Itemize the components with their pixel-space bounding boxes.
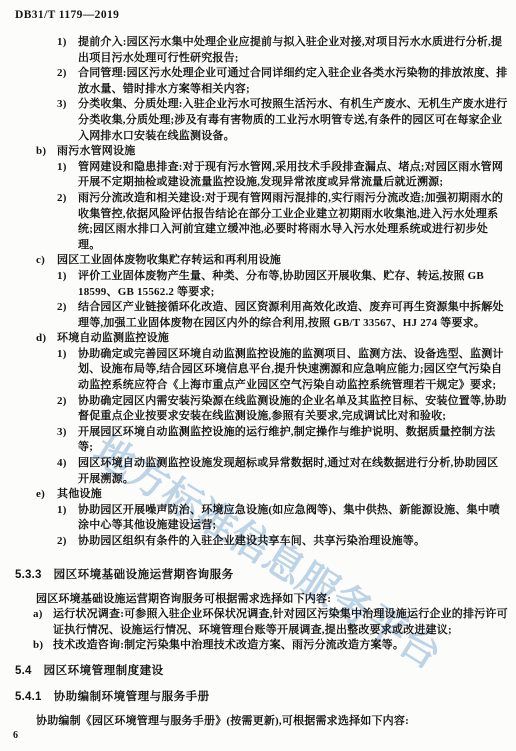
heading-number: 5.4 [15,665,32,677]
heading-title: 园区环境管理制度建设 [44,665,164,677]
group-title: 雨污水管网设施 [57,145,135,157]
item-text: 开展园区环境自动监测监控设施的运行维护,制定操作与维护说明、数据质量控制方法等; [78,426,495,454]
document-code: DB31/T 1179—2019 [15,8,119,24]
item-marker: 2) [57,300,67,316]
item-text: 雨污分流改造和相关建设:对于现有管网雨污混排的,实行雨污分流改造;加强初期雨水的… [78,192,503,251]
heading-number: 5.3.3 [15,569,42,581]
item-marker: 1) [57,160,67,176]
list-item-group-d: d) 环境自动监测监控设施 [15,331,508,347]
heading-title: 园区环境基础设施运营期咨询服务 [54,569,234,581]
item-marker: b) [36,144,46,160]
subsection-heading-533: 5.3.3园区环境基础设施运营期咨询服务 [15,567,508,583]
item-text: 合同管理:园区污水处理企业可通过合同详细约定入驻企业各类水污染物的排放浓度、排放… [78,67,507,95]
item-text: 协助确定园区内需安装污染源在线监测设施的企业名单及其监控目标、安装位置等,协助督… [78,395,507,423]
group-title: 园区工业固体废物收集贮存转运和再利用设施 [57,254,281,266]
group-title: 环境自动监测监控设施 [57,332,169,344]
document-page: DB31/T 1179—2019 1) 提前介入:园区污水集中处理企业应提前与拟… [0,0,516,751]
list-item: 1) 提前介入:园区污水集中处理企业应提前与拟入驻企业对接,对项目污水水质进行分… [15,35,508,66]
list-item: 2) 协助园区组织有条件的入驻企业建设共享车间、共享污染治理设施等。 [15,534,508,550]
paragraph: 园区环境基础设施运营期咨询服务可根据需求选择如下内容: [15,592,508,608]
item-marker: 1) [57,35,67,51]
list-item: 1) 评价工业固体废物产生量、种类、分布等,协助园区开展收集、贮存、转运,按照 … [15,269,508,300]
item-marker: 2) [57,394,67,410]
list-item: a) 运行状况调查:可参照入驻企业环保状况调查,针对园区污染集中治理设施运行企业… [15,607,508,638]
subsection-heading-541: 5.4.1协助编制环境管理与服务手册 [15,689,508,705]
list-item: 1) 协助园区开展噪声防治、环境应急设施(如应急阀等)、集中供热、新能源设施、集… [15,503,508,534]
item-text: 评价工业固体废物产生量、种类、分布等,协助园区开展收集、贮存、转运,按照 GB … [78,270,484,298]
item-text: 运行状况调查:可参照入驻企业环保状况调查,针对园区污染集中治理设施运行企业的排污… [53,608,508,636]
list-item: 2) 合同管理:园区污水处理企业可通过合同详细约定入驻企业各类水污染物的排放浓度… [15,66,508,97]
item-marker: c) [36,253,45,269]
list-item: 3) 分类收集、分质处理:入驻企业污水可按照生活污水、有机生产废水、无机生产废水… [15,97,508,144]
heading-title: 协助编制环境管理与服务手册 [54,691,210,703]
item-marker: 3) [57,97,67,113]
item-text: 提前介入:园区污水集中处理企业应提前与拟入驻企业对接,对项目污水水质进行分析,提… [78,36,502,64]
item-text: 协助园区开展噪声防治、环境应急设施(如应急阀等)、集中供热、新能源设施、集中喷涂… [78,504,500,532]
paragraph: 协助编制《园区环境管理与服务手册》(按需更新),可根据需求选择如下内容: [15,714,508,730]
list-item: 4) 园区环境自动监测监控设施发现超标或异常数据时,通过对在线数据进行分析,协助… [15,456,508,487]
item-text: 协助确定或完善园区环境自动监测监控设施的监测项目、监测方法、设备选型、监测计划、… [78,348,504,391]
item-marker: 2) [57,534,67,550]
item-text: 结合园区产业链接循环化改造、园区资源利用高效化改造、废弃可再生资源集中拆解处理等… [78,301,504,329]
list-item-group-c: c) 园区工业固体废物收集贮存转运和再利用设施 [15,253,508,269]
item-marker: 2) [57,191,67,207]
item-marker: e) [36,487,45,503]
item-text: 分类收集、分质处理:入驻企业污水可按照生活污水、有机生产废水、无机生产废水进行分… [78,98,507,141]
list-item: 2) 协助确定园区内需安装污染源在线监测设施的企业名单及其监控目标、安装位置等,… [15,394,508,425]
list-item: 2) 结合园区产业链接循环化改造、园区资源利用高效化改造、废弃可再生资源集中拆解… [15,300,508,331]
item-text: 园区环境自动监测监控设施发现超标或异常数据时,通过对在线数据进行分析,协助园区开… [78,457,498,485]
item-marker: 1) [57,347,67,363]
group-title: 其他设施 [57,488,102,500]
item-marker: 2) [57,66,67,82]
list-item: b) 技术改造咨询:制定污染集中治理技术改造方案、雨污分流改造方案等。 [15,638,508,654]
item-text: 技术改造咨询:制定污染集中治理技术改造方案、雨污分流改造方案等。 [53,639,404,651]
item-marker: d) [36,331,46,347]
item-text: 协助园区组织有条件的入驻企业建设共享车间、共享污染治理设施等。 [78,535,425,547]
list-item: 1) 协助确定或完善园区环境自动监测监控设施的监测项目、监测方法、设备选型、监测… [15,347,508,394]
heading-number: 5.4.1 [15,691,42,703]
list-item: 2) 雨污分流改造和相关建设:对于现有管网雨污混排的,实行雨污分流改造;加强初期… [15,191,508,253]
item-marker: b) [33,638,43,654]
item-marker: 4) [57,456,67,472]
list-item-group-b: b) 雨污水管网设施 [15,144,508,160]
page-number: 6 [13,728,18,744]
list-item: 1) 管网建设和隐患排查:对于现有污水管网,采用技术手段排查漏点、堵点;对园区雨… [15,160,508,191]
section-heading-54: 5.4园区环境管理制度建设 [15,663,508,679]
item-text: 管网建设和隐患排查:对于现有污水管网,采用技术手段排查漏点、堵点;对园区雨水管网… [78,161,503,189]
item-marker: 1) [57,503,67,519]
item-marker: a) [33,607,43,623]
item-marker: 3) [57,425,67,441]
page-content: 1) 提前介入:园区污水集中处理企业应提前与拟入驻企业对接,对项目污水水质进行分… [15,35,508,730]
list-item-group-e: e) 其他设施 [15,487,508,503]
list-item: 3) 开展园区环境自动监测监控设施的运行维护,制定操作与维护说明、数据质量控制方… [15,425,508,456]
item-marker: 1) [57,269,67,285]
